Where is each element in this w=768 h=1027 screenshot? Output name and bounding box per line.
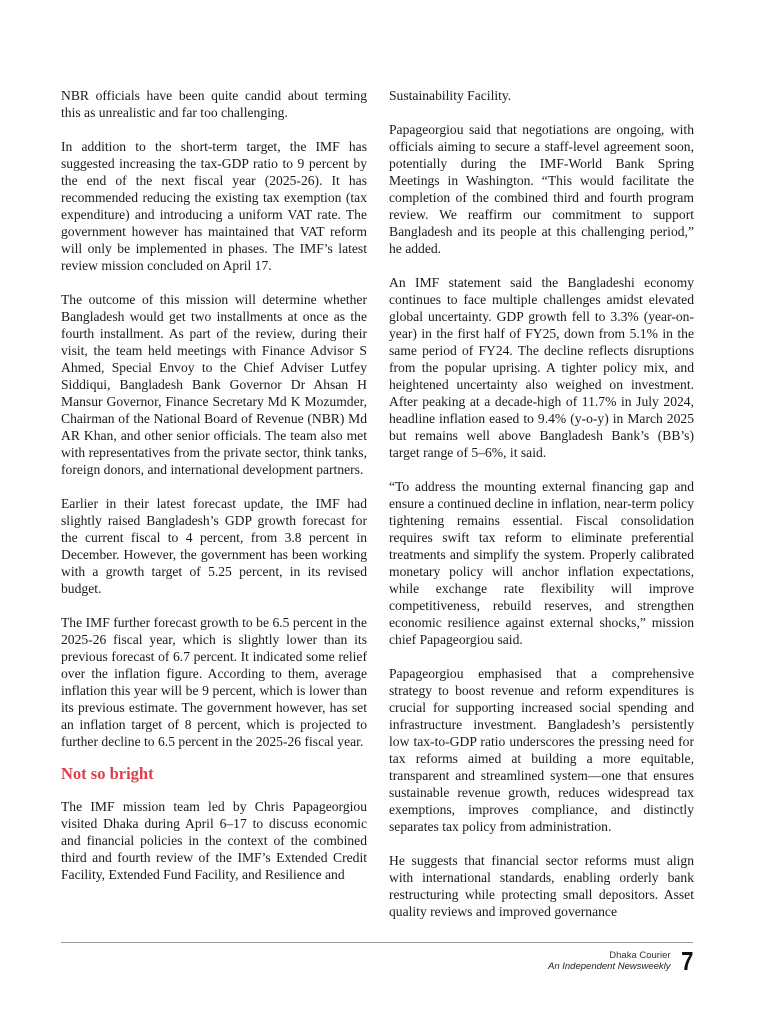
paragraph: Sustainability Facility. (389, 87, 694, 104)
page-footer: Dhaka Courier An Independent Newsweekly … (548, 950, 694, 972)
article-column-left: NBR officials have been quite candid abo… (61, 87, 367, 883)
paragraph: The outcome of this mission will determi… (61, 291, 367, 478)
paragraph: In addition to the short-term target, th… (61, 138, 367, 274)
paragraph: The IMF mission team led by Chris Papage… (61, 798, 367, 883)
paragraph: Papageorgiou emphasised that a comprehen… (389, 665, 694, 835)
footer-masthead: Dhaka Courier An Independent Newsweekly (548, 950, 671, 972)
paragraph: “To address the mounting external financ… (389, 478, 694, 648)
magazine-page: NBR officials have been quite candid abo… (0, 0, 768, 1027)
footer-divider (61, 942, 693, 943)
paragraph: Papageorgiou said that negotiations are … (389, 121, 694, 257)
paragraph: An IMF statement said the Bangladeshi ec… (389, 274, 694, 461)
publication-name: Dhaka Courier (548, 950, 671, 961)
section-subheading: Not so bright (61, 763, 367, 785)
paragraph: He suggests that financial sector reform… (389, 852, 694, 920)
paragraph: Earlier in their latest forecast update,… (61, 495, 367, 597)
page-number: 7 (681, 950, 693, 972)
article-column-right: Sustainability Facility. Papageorgiou sa… (389, 87, 694, 920)
paragraph: The IMF further forecast growth to be 6.… (61, 614, 367, 750)
paragraph: NBR officials have been quite candid abo… (61, 87, 367, 121)
publication-tagline: An Independent Newsweekly (548, 961, 671, 972)
